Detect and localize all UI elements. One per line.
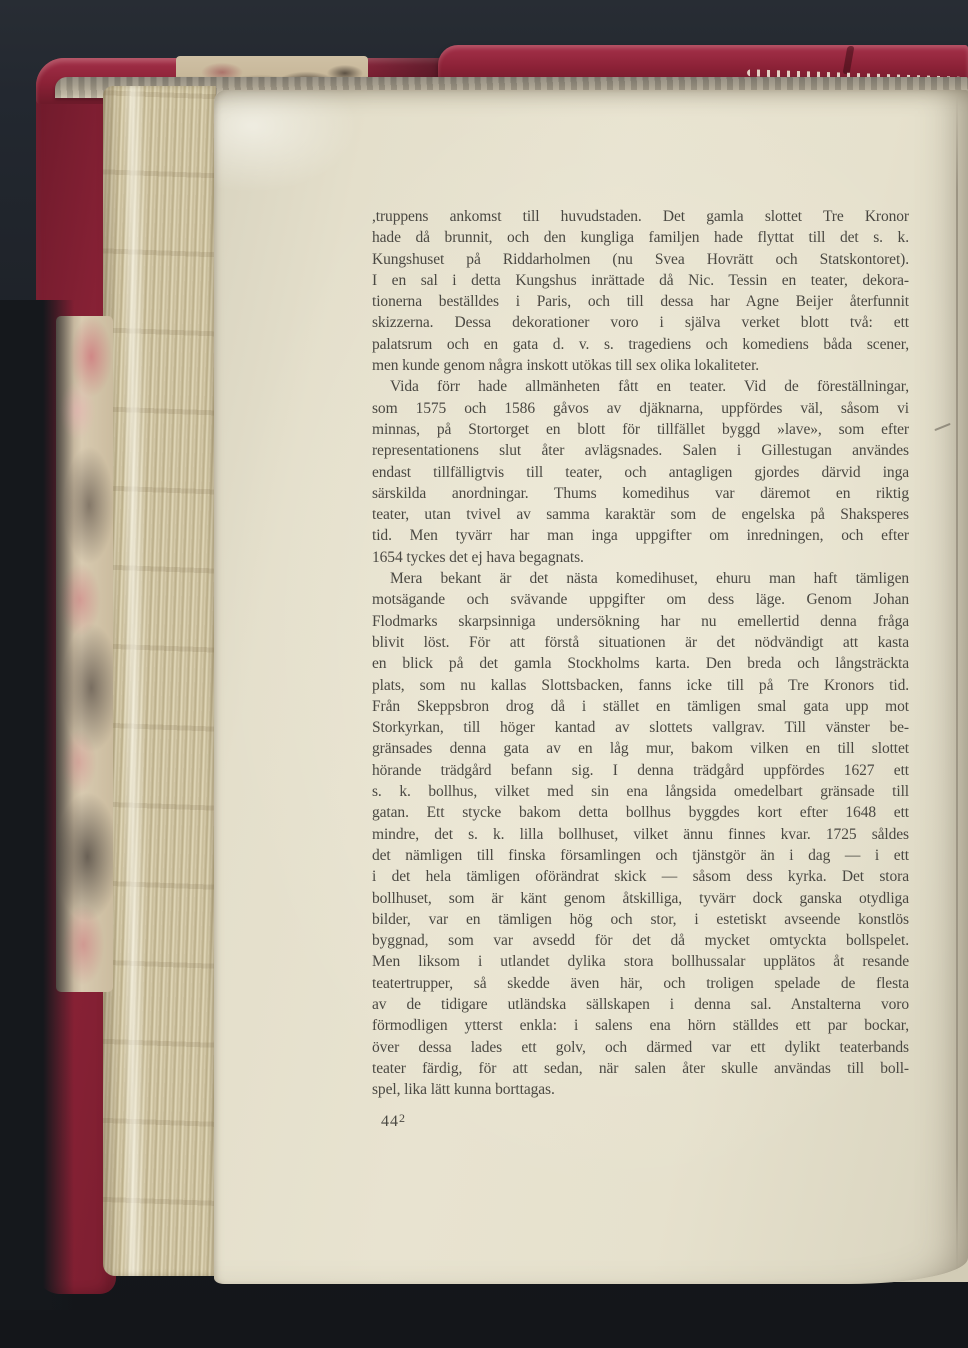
text-line: byggnad, som var avsedd för det då mycke… xyxy=(372,930,909,951)
text-line: hade då brunnit, och den kungliga familj… xyxy=(372,227,909,248)
text-line: en blick på det gamla Stockholms karta. … xyxy=(372,653,909,674)
text-line: som 1575 och 1586 gåvos av djäknarna, up… xyxy=(372,398,909,419)
text-line: Från Skeppsbron drog då i stället en täm… xyxy=(372,696,909,717)
text-line: Men liksom i utlandet dylika stora bollh… xyxy=(372,951,909,972)
text-line: teatertrupper, så skedde även här, och t… xyxy=(372,973,909,994)
text-line: i det hela tämligen oförändrat skick — s… xyxy=(372,866,909,887)
text-line: plats, som nu kallas Slottsbacken, fanns… xyxy=(372,675,909,696)
text-line: motsägande och svävande uppgifter om des… xyxy=(372,589,909,610)
page-number-main: 44 xyxy=(381,1113,399,1130)
text-line: Vida förr hade allmänheten fått en teate… xyxy=(372,376,909,397)
text-line: endast tillfälligtvis till teater, och a… xyxy=(372,462,909,483)
page-gutter-crease xyxy=(956,96,958,1274)
page-text: ,truppens ankomst till huvudstaden. Det … xyxy=(372,206,909,1100)
text-line: blivit löst. För att förstå situationen … xyxy=(372,632,909,653)
text-line: Mera bekant är det nästa komedihuset, eh… xyxy=(372,568,909,589)
text-line: s. k. bollhus, vilket med sin ena långsi… xyxy=(372,781,909,802)
text-line: bollhuset, som är känt genom åtskilliga,… xyxy=(372,888,909,909)
text-line: representationens slut åter avlägsnades.… xyxy=(372,440,909,461)
book-page: ,truppens ankomst till huvudstaden. Det … xyxy=(214,90,968,1284)
page-stack-fore-edges xyxy=(103,86,216,1276)
text-line: mindre, det s. k. lilla bollhuset, vilke… xyxy=(372,824,909,845)
text-line: gränsades denna gata av en låg mur, bako… xyxy=(372,738,909,759)
text-line: särskilda anordningar. Thums komedihus v… xyxy=(372,483,909,504)
text-line: teater, utan tvivel av samma karaktär so… xyxy=(372,504,909,525)
pencil-mark xyxy=(934,423,951,431)
page-number-superscript: 2 xyxy=(399,1111,405,1125)
text-line: Kungshuset på Riddarholmen (nu Svea Hovr… xyxy=(372,249,909,270)
text-line: tionerna beställdes i Paris, och till de… xyxy=(372,291,909,312)
text-line: det nämligen till finska församlingen oc… xyxy=(372,845,909,866)
text-line: palatsrum och en gata d. v. s. tragedien… xyxy=(372,334,909,355)
text-line: I en sal i detta Kungshus inrättade då N… xyxy=(372,270,909,291)
text-line: ,truppens ankomst till huvudstaden. Det … xyxy=(372,206,909,227)
text-line: förmodligen ytterst enkla: i salens ena … xyxy=(372,1015,909,1036)
shadow-overlay xyxy=(0,300,74,1310)
text-line: skizzerna. Dessa dekorationer voro i sjä… xyxy=(372,312,909,333)
text-line: hörande trädgård befann sig. I denna trä… xyxy=(372,760,909,781)
text-line: spel, lika lätt kunna borttagas. xyxy=(372,1079,909,1100)
text-line: bilder, var en tämligen hög och stor, i … xyxy=(372,909,909,930)
text-line: tid. Men tyvärr har man inga uppgifter o… xyxy=(372,525,909,546)
text-line: Flodmarks skarpsinniga undersökning har … xyxy=(372,611,909,632)
text-line: teater färdig, för att sedan, när salen … xyxy=(372,1058,909,1079)
page-number: 442 xyxy=(381,1111,405,1131)
text-line: gatan. Ett stycke bakom detta bollhus by… xyxy=(372,802,909,823)
text-line: minnas, på Stortorget en blott för tillf… xyxy=(372,419,909,440)
text-line: över dessa lades ett golv, och därmed va… xyxy=(372,1037,909,1058)
text-line: av de tidigare utländska sällskapen i de… xyxy=(372,994,909,1015)
text-line: men kunde genom några inskott utökas til… xyxy=(372,355,909,376)
text-line: Storkyrkan, till höger kantad av slottet… xyxy=(372,717,909,738)
book-scan-photo: ,truppens ankomst till huvudstaden. Det … xyxy=(0,0,968,1348)
text-line: 1654 tyckes det ej hava begagnats. xyxy=(372,547,909,568)
